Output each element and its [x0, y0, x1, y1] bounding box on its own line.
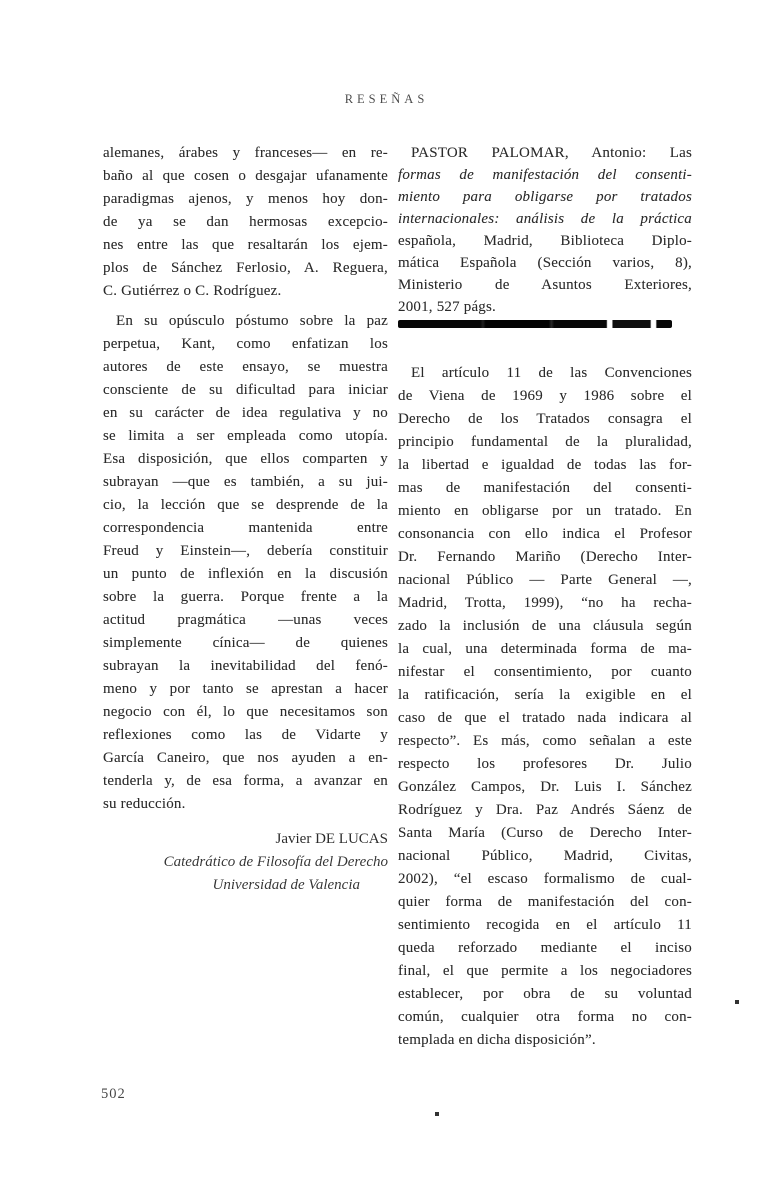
- text-line: nifestar el consentimiento, por cuanto: [398, 661, 692, 684]
- text-line: Freud y Einstein—, debería constituir: [103, 540, 388, 563]
- scan-speck: [435, 1112, 439, 1116]
- text-line: principio fundamental de la pluralidad,: [398, 431, 692, 454]
- text-line: final, el que permite a los negociadores: [398, 960, 692, 983]
- text-line: respecto los profesores Dr. Julio: [398, 753, 692, 776]
- signature-title: Catedrático de Filosofía del Derecho: [103, 851, 388, 874]
- text-line: PASTOR PALOMAR, Antonio: Las: [398, 142, 692, 164]
- text-line: zado la inclusión de una cláusula según: [398, 615, 692, 638]
- text-line: alemanes, árabes y franceses— en re-: [103, 142, 388, 165]
- text-line: Esa disposición, que ellos comparten y: [103, 448, 388, 471]
- text-line: El artículo 11 de las Convenciones: [398, 362, 692, 385]
- text-line: miento para obligarse por tratados: [398, 186, 692, 208]
- text-line: caso de que el tratado nada indicara al: [398, 707, 692, 730]
- text-line: en su carácter de idea regulativa y no: [103, 402, 388, 425]
- text-line: En su opúsculo póstumo sobre la paz: [103, 310, 388, 333]
- review-text: El artículo 11 de las Convencionesde Vie…: [398, 362, 692, 1052]
- text-line: su reducción.: [103, 793, 388, 816]
- text-line: meno y por tanto se aprestan a hacer: [103, 678, 388, 701]
- text-line: actitud pragmática —unas veces: [103, 609, 388, 632]
- text-line: consciente de su dificultad para iniciar: [103, 379, 388, 402]
- text-line: perpetua, Kant, como enfatizan los: [103, 333, 388, 356]
- page-header: RESEÑAS: [0, 92, 773, 107]
- separator-bar: [398, 320, 672, 328]
- left-paragraph-1: alemanes, árabes y franceses— en re-baño…: [103, 142, 388, 303]
- text-line: Santa María (Curso de Derecho Inter-: [398, 822, 692, 845]
- text-line: 2002), “el escaso formalismo de cual-: [398, 868, 692, 891]
- text-line: establecer, por obra de su voluntad: [398, 983, 692, 1006]
- text-line: mática Española (Sección varios, 8),: [398, 252, 692, 274]
- text-line: plos de Sánchez Ferlosio, A. Reguera,: [103, 257, 388, 280]
- text-line: negocio con él, lo que necesitamos son: [103, 701, 388, 724]
- text-line: correspondencia mantenida entre: [103, 517, 388, 540]
- text-line: nacional Público, Madrid, Civitas,: [398, 845, 692, 868]
- text-line: de ya se dan hermosas excepcio-: [103, 211, 388, 234]
- text-line: 2001, 527 págs.: [398, 296, 692, 318]
- left-column: alemanes, árabes y franceses— en re-baño…: [103, 142, 388, 897]
- book-citation: PASTOR PALOMAR, Antonio: Lasformas de ma…: [398, 142, 692, 318]
- text-line: Ministerio de Asuntos Exteriores,: [398, 274, 692, 296]
- text-line: reflexiones como las de Vidarte y: [103, 724, 388, 747]
- text-line: Madrid, Trotta, 1999), “no ha recha-: [398, 592, 692, 615]
- page-number: 502: [101, 1086, 126, 1103]
- text-line: española, Madrid, Biblioteca Diplo-: [398, 230, 692, 252]
- signature-name: Javier DE LUCAS: [103, 828, 388, 851]
- signature-block: Javier DE LUCAS Catedrático de Filosofía…: [103, 828, 388, 897]
- right-column: PASTOR PALOMAR, Antonio: Lasformas de ma…: [398, 142, 692, 1052]
- text-line: respecto”. Es más, como señalan a este: [398, 730, 692, 753]
- scan-speck: [735, 1000, 739, 1004]
- text-line: consonancia con ello indica el Profesor: [398, 523, 692, 546]
- text-line: miento en obligarse por un tratado. En: [398, 500, 692, 523]
- text-line: C. Gutiérrez o C. Rodríguez.: [103, 280, 388, 303]
- text-line: la ratificación, sería la exigible en el: [398, 684, 692, 707]
- text-line: templada en dicha disposición”.: [398, 1029, 692, 1052]
- left-paragraph-2: En su opúsculo póstumo sobre la pazperpe…: [103, 310, 388, 816]
- text-line: común, cualquier otra forma no con-: [398, 1006, 692, 1029]
- text-line: subrayan —que es también, a su jui-: [103, 471, 388, 494]
- text-line: cio, la lección que se desprende de la: [103, 494, 388, 517]
- text-line: baño al que cosen o desgajar ufanamente: [103, 165, 388, 188]
- text-line: autores de este ensayo, se muestra: [103, 356, 388, 379]
- text-line: de Viena de 1969 y 1986 sobre el: [398, 385, 692, 408]
- text-line: sentimiento recogida en el artículo 11: [398, 914, 692, 937]
- text-line: González Campos, Dr. Luis I. Sánchez: [398, 776, 692, 799]
- text-line: tenderla y, de esa forma, a avanzar en: [103, 770, 388, 793]
- text-line: subrayan la inevitabilidad del fenó-: [103, 655, 388, 678]
- text-line: se limita a ser empleada como utopía.: [103, 425, 388, 448]
- text-line: un punto de inflexión en la discusión: [103, 563, 388, 586]
- text-line: quier forma de manifestación del con-: [398, 891, 692, 914]
- text-line: sobre la guerra. Porque frente a la: [103, 586, 388, 609]
- text-line: simplemente cínica— de quienes: [103, 632, 388, 655]
- text-line: paradigmas ajenos, y menos hoy don-: [103, 188, 388, 211]
- scanned-page: RESEÑAS alemanes, árabes y franceses— en…: [0, 0, 773, 1200]
- text-line: García Caneiro, que nos ayuden a en-: [103, 747, 388, 770]
- text-line: la libertad e igualdad de todas las for-: [398, 454, 692, 477]
- text-line: la cual, una determinada forma de ma-: [398, 638, 692, 661]
- text-line: Dr. Fernando Mariño (Derecho Inter-: [398, 546, 692, 569]
- text-line: formas de manifestación del consenti-: [398, 164, 692, 186]
- text-line: Rodríguez y Dra. Paz Andrés Sáenz de: [398, 799, 692, 822]
- text-line: nacional Público — Parte General —,: [398, 569, 692, 592]
- signature-affiliation: Universidad de Valencia: [103, 874, 388, 897]
- text-line: nes entre las que resaltarán los ejem-: [103, 234, 388, 257]
- text-line: Derecho de los Tratados consagra el: [398, 408, 692, 431]
- text-line: queda reforzado mediante el inciso: [398, 937, 692, 960]
- text-line: internacionales: análisis de la práctica: [398, 208, 692, 230]
- text-line: mas de manifestación del consenti-: [398, 477, 692, 500]
